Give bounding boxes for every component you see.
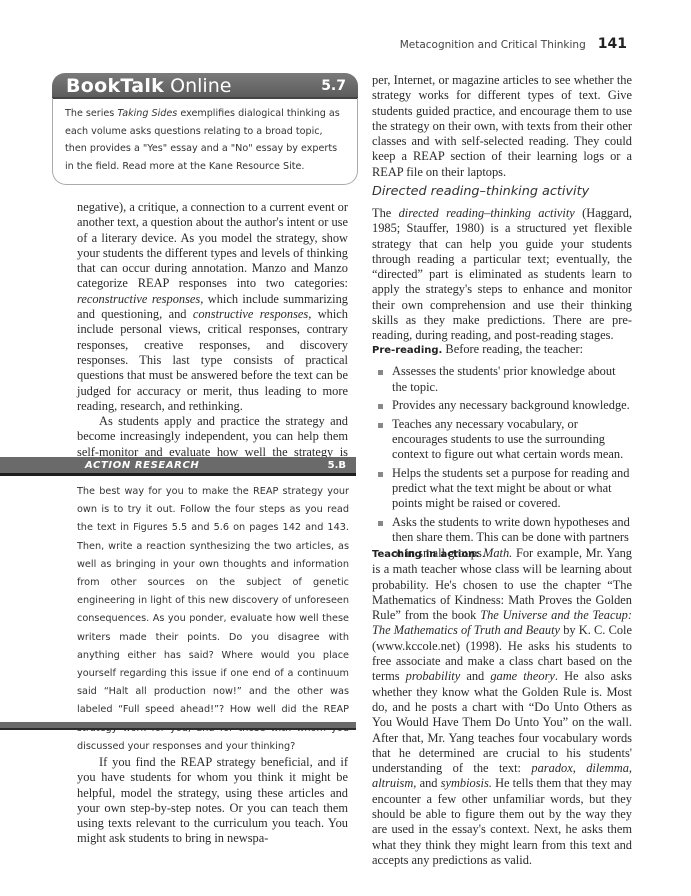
list-item: Teaches any necessary vocabulary, or enc…: [392, 417, 632, 463]
paragraph: The directed reading–thinking activity (…: [372, 206, 632, 344]
paragraph: per, Internet, or magazine articles to s…: [372, 73, 632, 180]
text: which include personal views, critical r…: [77, 307, 348, 413]
term: constructive responses,: [193, 307, 311, 321]
action-research-body: The best way for you to make the REAP st…: [77, 483, 349, 756]
text: negative), a critique, a connection to a…: [77, 200, 348, 290]
booktalk-title: BookTalk Online: [66, 75, 231, 97]
term: reconstructive responses,: [77, 292, 203, 306]
running-head-title: Metacognition and Critical Thinking: [400, 39, 586, 51]
action-research-number: 5.B: [328, 460, 346, 471]
booktalk-title-light: Online: [164, 75, 231, 97]
prereading-section: Pre-reading. Before reading, the teacher…: [372, 342, 632, 564]
text: . He also asks whether they know what th…: [372, 669, 632, 775]
booktalk-body: The series Taking Sides exemplifies dial…: [52, 98, 358, 185]
booktalk-online-box: BookTalk Online 5.7 The series Taking Si…: [52, 73, 358, 185]
teaching-in-action: Teaching in action: Math. For example, M…: [372, 546, 632, 868]
paragraph: negative), a critique, a connection to a…: [77, 200, 348, 414]
text: and: [460, 669, 490, 683]
term: directed reading–thinking activity: [399, 206, 575, 220]
booktalk-number: 5.7: [321, 78, 346, 94]
action-research-title: ACTION RESEARCH: [85, 460, 199, 471]
term: game theory: [490, 669, 555, 683]
paragraph: Pre-reading. Before reading, the teacher…: [372, 342, 632, 358]
action-research-header: ACTION RESEARCH 5.B: [0, 457, 356, 476]
page-number: 141: [598, 36, 627, 52]
paragraph: Teaching in action: Math. For example, M…: [372, 546, 632, 868]
running-head: Metacognition and Critical Thinking 141: [400, 36, 627, 52]
term: symbiosis.: [441, 776, 492, 790]
list-item: Assesses the students' prior knowledge a…: [392, 364, 632, 394]
subject: Math.: [483, 546, 512, 560]
text: and: [416, 776, 440, 790]
text: The: [372, 206, 399, 220]
drta-paragraph: The directed reading–thinking activity (…: [372, 206, 632, 344]
paragraph: If you find the REAP strategy beneficial…: [77, 755, 348, 847]
booktalk-header: BookTalk Online 5.7: [52, 73, 358, 99]
prereading-list: Assesses the students' prior knowledge a…: [372, 364, 632, 560]
section-heading: Directed reading–thinking activity: [372, 184, 589, 199]
text: Before reading, the teacher:: [442, 342, 583, 356]
booktalk-title-bold: BookTalk: [66, 75, 164, 97]
booktalk-text: The series: [65, 108, 117, 119]
list-item: Helps the students set a purpose for rea…: [392, 466, 632, 512]
term: probability: [406, 669, 461, 683]
teaching-label: Teaching in action:: [372, 549, 479, 560]
left-column-closing: If you find the REAP strategy beneficial…: [77, 755, 348, 847]
prereading-label: Pre-reading.: [372, 345, 442, 356]
text: (Haggard, 1985; Stauffer, 1980) is a str…: [372, 206, 632, 342]
action-research-footer-rule: [0, 722, 356, 730]
booktalk-series-title: Taking Sides: [117, 108, 177, 119]
right-column-top: per, Internet, or magazine articles to s…: [372, 73, 632, 180]
list-item: Provides any necessary background knowle…: [392, 398, 632, 413]
left-column-body: negative), a critique, a connection to a…: [77, 200, 348, 475]
